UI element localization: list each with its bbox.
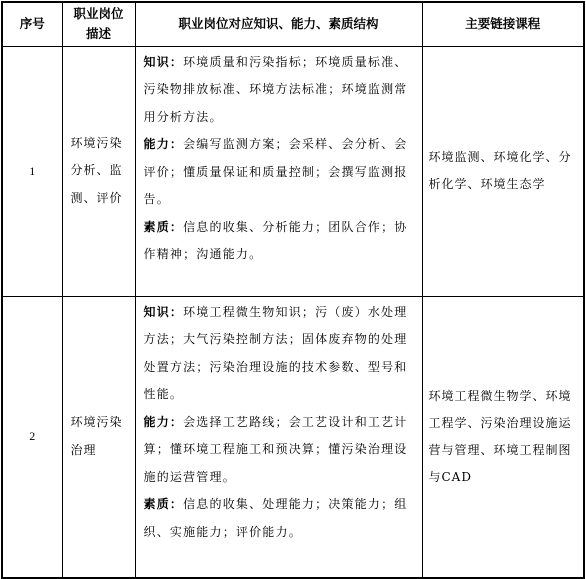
row-courses: 环境工程微生物学、环境工程学、污染治理设施运营与管理、环境工程制图与CAD xyxy=(422,296,584,578)
header-index: 序号 xyxy=(2,2,62,46)
table-row: 1 环境污染分析、监测、评价 知识：环境质量和污染指标；环境质量标准、污染物排放… xyxy=(2,46,584,296)
knowledge-text: 环境工程微生物知识；污（废）水处理方法；大气污染控制方法；固体废弃物的处理处置方… xyxy=(144,305,408,402)
curriculum-table: 序号 职业岗位描述 职业岗位对应知识、能力、素质结构 主要链接课程 1 环境污染… xyxy=(1,1,585,579)
knowledge-label: 知识： xyxy=(144,55,184,69)
knowledge-paragraph: 知识：环境工程微生物知识；污（废）水处理方法；大气污染控制方法；固体废弃物的处理… xyxy=(144,299,418,409)
quality-label: 素质： xyxy=(144,497,184,511)
row-position: 环境污染治理 xyxy=(62,296,135,578)
quality-paragraph: 素质：信息的收集、分析能力；团队合作；协作精神；沟通能力。 xyxy=(144,214,418,269)
knowledge-label: 知识： xyxy=(144,305,184,319)
ability-text: 会选择工艺路线；会工艺设计和工艺计算；懂环境工程施工和预决算；懂污染治理设施的运… xyxy=(144,415,408,484)
ability-paragraph: 能力：会编写监测方案；会采样、会分析、会评价；懂质量保证和质量控制；会撰写监测报… xyxy=(144,131,418,214)
table-header-row: 序号 职业岗位描述 职业岗位对应知识、能力、素质结构 主要链接课程 xyxy=(2,2,584,46)
ability-label: 能力： xyxy=(144,137,184,151)
header-position: 职业岗位描述 xyxy=(62,2,135,46)
row-index: 2 xyxy=(2,296,62,578)
table-row: 2 环境污染治理 知识：环境工程微生物知识；污（废）水处理方法；大气污染控制方法… xyxy=(2,296,584,578)
quality-paragraph: 素质：信息的收集、处理能力；决策能力；组织、实施能力；评价能力。 xyxy=(144,491,418,546)
ability-text: 会编写监测方案；会采样、会分析、会评价；懂质量保证和质量控制；会撰写监测报告。 xyxy=(144,137,408,206)
quality-text: 信息的收集、处理能力；决策能力；组织、实施能力；评价能力。 xyxy=(144,497,408,539)
quality-label: 素质： xyxy=(144,220,184,234)
header-structure: 职业岗位对应知识、能力、素质结构 xyxy=(135,2,422,46)
header-courses: 主要链接课程 xyxy=(422,2,584,46)
row-structure: 知识：环境质量和污染指标；环境质量标准、污染物排放标准、环境方法标准；环境监测常… xyxy=(135,46,422,296)
row-position: 环境污染分析、监测、评价 xyxy=(62,46,135,296)
ability-label: 能力： xyxy=(144,415,184,429)
knowledge-text: 环境质量和污染指标；环境质量标准、污染物排放标准、环境方法标准；环境监测常用分析… xyxy=(144,55,408,124)
quality-text: 信息的收集、分析能力；团队合作；协作精神；沟通能力。 xyxy=(144,220,408,262)
ability-paragraph: 能力：会选择工艺路线；会工艺设计和工艺计算；懂环境工程施工和预决算；懂污染治理设… xyxy=(144,409,418,492)
row-courses: 环境监测、环境化学、分析化学、环境生态学 xyxy=(422,46,584,296)
row-index: 1 xyxy=(2,46,62,296)
row-structure: 知识：环境工程微生物知识；污（废）水处理方法；大气污染控制方法；固体废弃物的处理… xyxy=(135,296,422,578)
knowledge-paragraph: 知识：环境质量和污染指标；环境质量标准、污染物排放标准、环境方法标准；环境监测常… xyxy=(144,49,418,132)
